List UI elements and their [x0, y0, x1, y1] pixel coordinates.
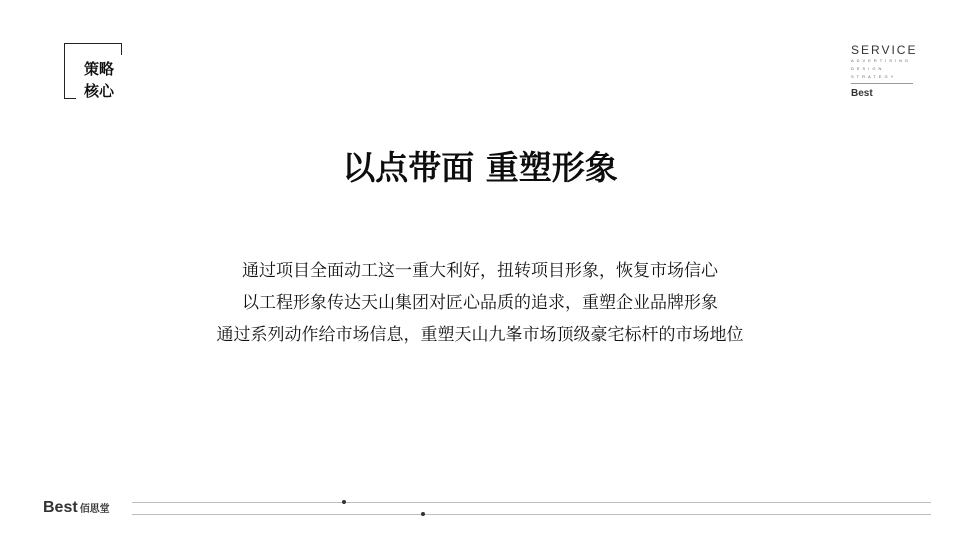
service-brand: Best: [851, 88, 913, 99]
footer-line-top: [132, 502, 931, 503]
section-label-line-2: 核心: [84, 80, 114, 102]
service-logo: SERVICE ADVERTISING DESIGN STRATEGY Best: [851, 43, 913, 99]
footer-brand-en: Best: [43, 499, 78, 516]
service-item-design: DESIGN: [851, 65, 913, 73]
footer-dot-1: [342, 500, 346, 504]
service-item-strategy: STRATEGY: [851, 73, 913, 81]
body-line-2: 以工程形象传达天山集团对匠心品质的追求，重塑企业品牌形象: [0, 287, 960, 319]
footer-line-bottom: [132, 514, 931, 515]
service-title: SERVICE: [851, 43, 913, 57]
section-label: 策略 核心: [84, 58, 114, 102]
footer-brand-cn: 佰思堂: [80, 504, 110, 515]
footer-dot-2: [421, 512, 425, 516]
body-line-1: 通过项目全面动工这一重大利好，扭转项目形象，恢复市场信心: [0, 255, 960, 287]
service-divider: [851, 83, 913, 84]
section-label-line-1: 策略: [84, 58, 114, 80]
page-title: 以点带面 重塑形象: [0, 142, 960, 189]
body-line-3: 通过系列动作给市场信息，重塑天山九峯市场顶级豪宅标杆的市场地位: [0, 319, 960, 351]
service-item-advertising: ADVERTISING: [851, 57, 913, 65]
body-text: 通过项目全面动工这一重大利好，扭转项目形象，恢复市场信心 以工程形象传达天山集团…: [0, 255, 960, 351]
footer-logo: Best佰思堂: [43, 497, 110, 517]
